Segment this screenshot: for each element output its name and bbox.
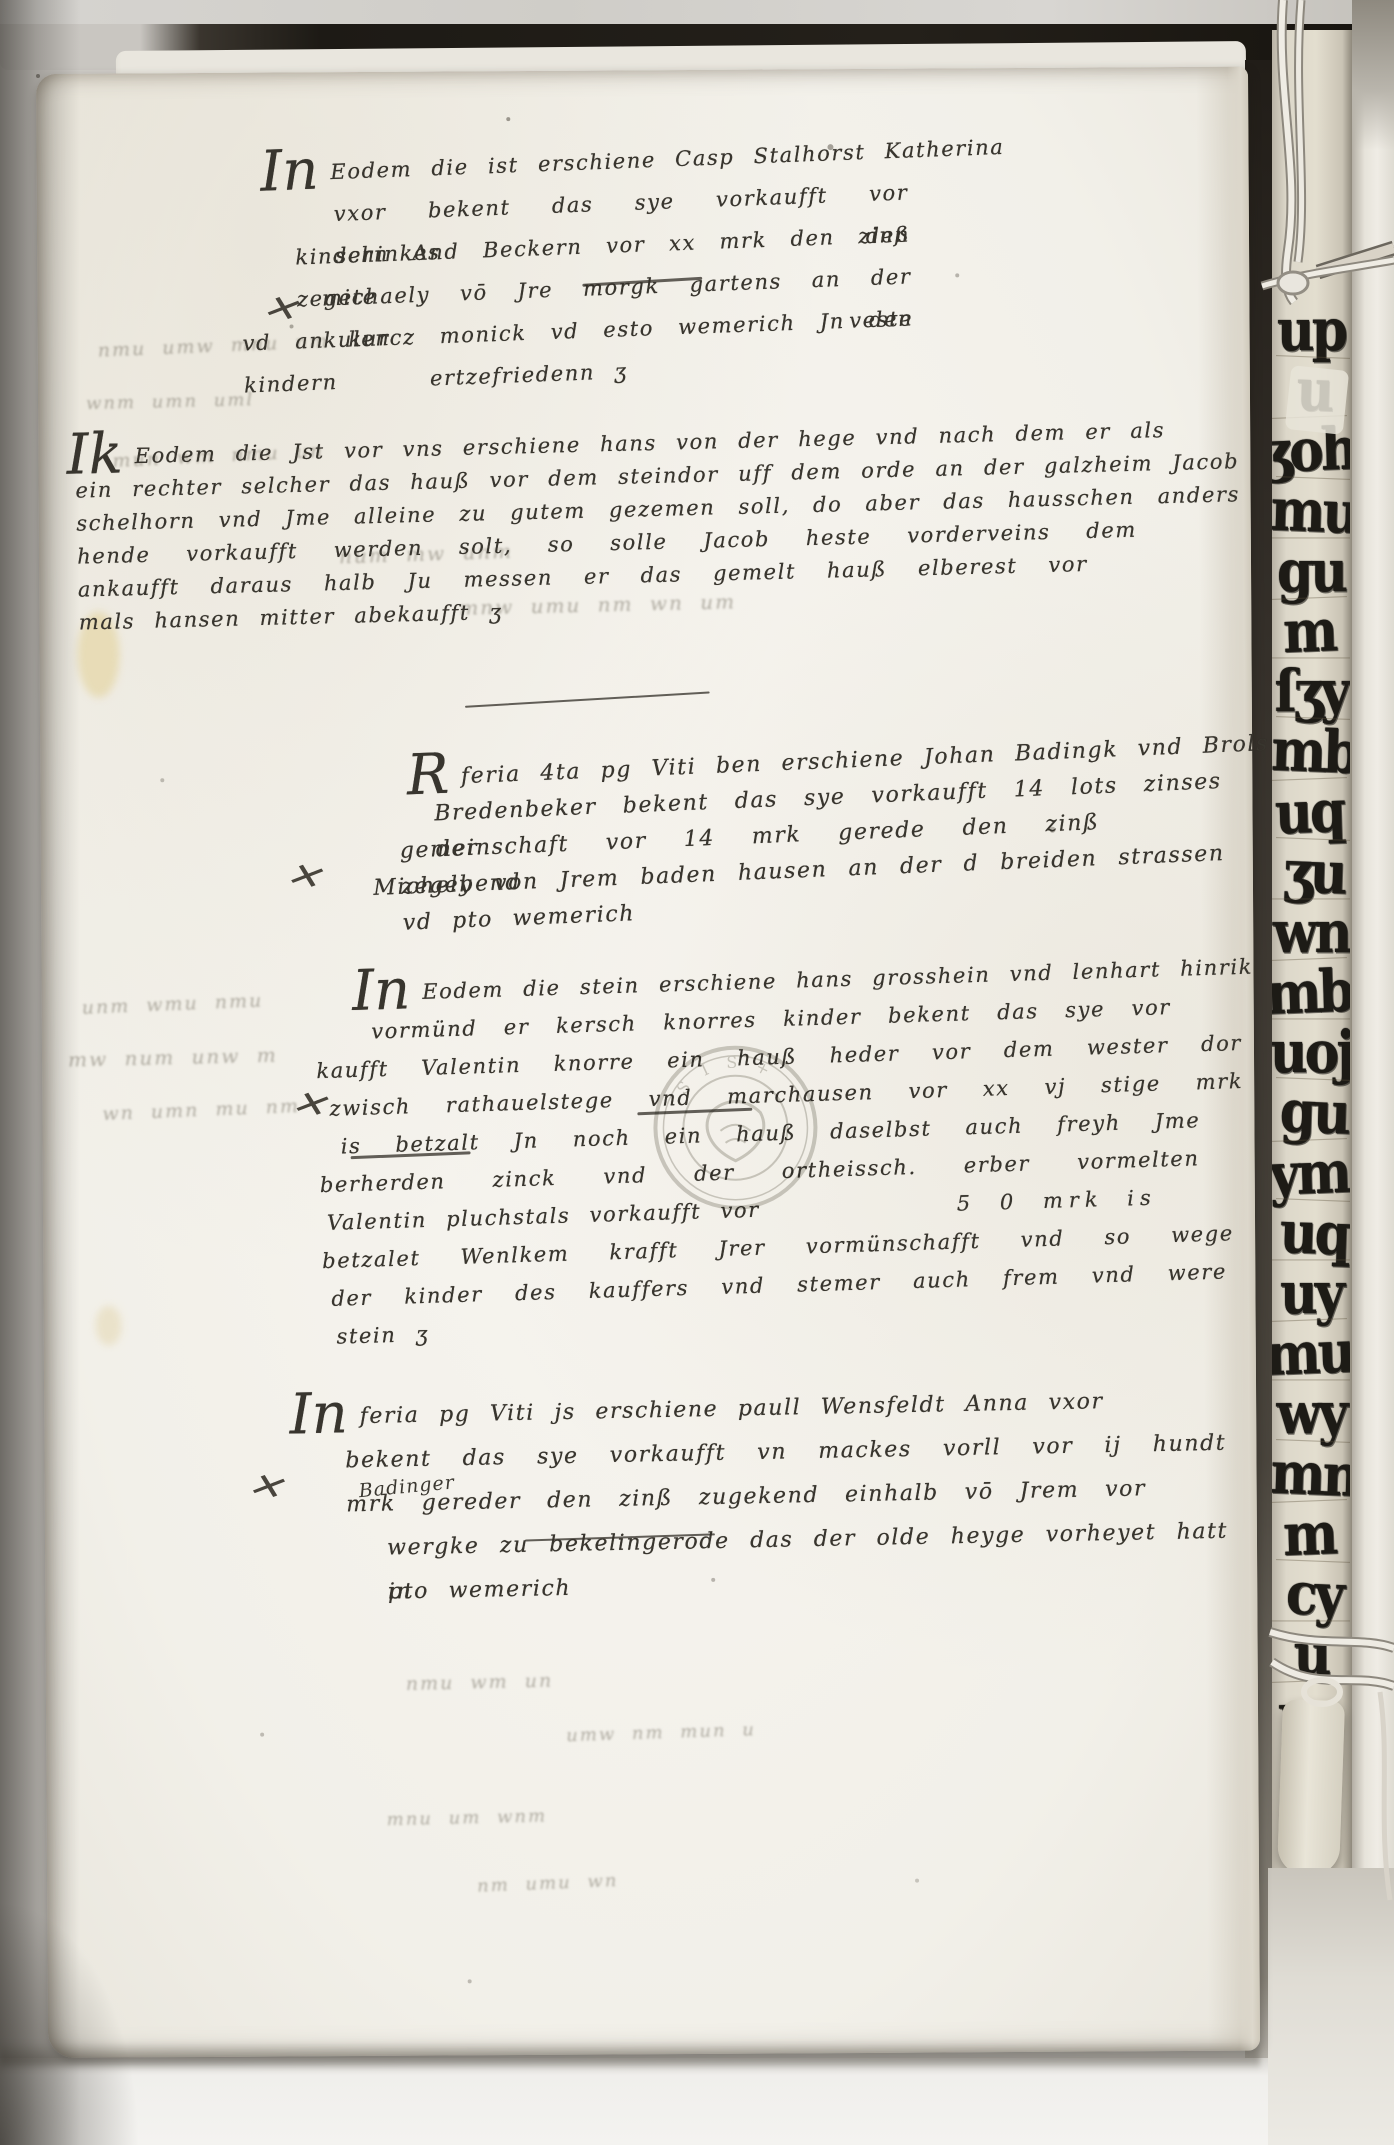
register-entry-2: IkEodem die Jst vor vns erschiene hans v…: [66, 412, 1243, 640]
bleedthrough-text: nmu wm un: [406, 1670, 554, 1695]
register-entry-3: Rferia 4ta pg Viti ben erschiene Johan B…: [340, 728, 1227, 944]
ink-strike: [465, 691, 710, 707]
bleedthrough-text: mnu um wnm: [386, 1806, 547, 1831]
register-entry-5: Inferia pg Viti js erschiene paull Wensf…: [289, 1378, 1229, 1617]
bleedthrough-text: wn umn mu nm: [102, 1095, 300, 1125]
page-bottom-shadow: [0, 2042, 1260, 2068]
bleedthrough-text: wnm umn uml: [86, 389, 255, 414]
svg-text:S I S +: S I S +: [672, 1052, 778, 1098]
bottom-left-corner-shadow: [0, 1900, 140, 2145]
archival-round-stamp: S I S +: [650, 1042, 821, 1213]
entry-initial: In: [289, 1381, 348, 1447]
manuscript-page: nmu umw mnu nm wnm umn uml mun wm nmu un…: [36, 67, 1260, 2058]
margin-cross-mark: ✕: [282, 853, 325, 899]
margin-cross-mark: ✕: [243, 1463, 286, 1509]
bleedthrough-text: mw num unw m: [68, 1043, 278, 1072]
entry-initial: In: [259, 138, 320, 205]
paper-stain: [96, 1306, 122, 1346]
bleedthrough-text: unm wmu nmu: [81, 989, 263, 1018]
left-edge-shadow: [0, 0, 80, 2145]
bleedthrough-text: umw nm mun u: [566, 1719, 756, 1746]
register-entry-1: InEodem die ist erschiene Casp Stalhorst…: [231, 129, 940, 407]
price-amount: 5 0 mrk is: [956, 1179, 1157, 1223]
bleedthrough-text: nm umu wn: [477, 1870, 619, 1897]
stamp-rim-text: S I S +: [672, 1052, 778, 1098]
photograph-of-manuscript-register-page: { "meta": { "document_type": "bound manu…: [0, 0, 1394, 2145]
entry-text: feria pg Viti js erschiene paull Wensfel…: [359, 1389, 1103, 1429]
